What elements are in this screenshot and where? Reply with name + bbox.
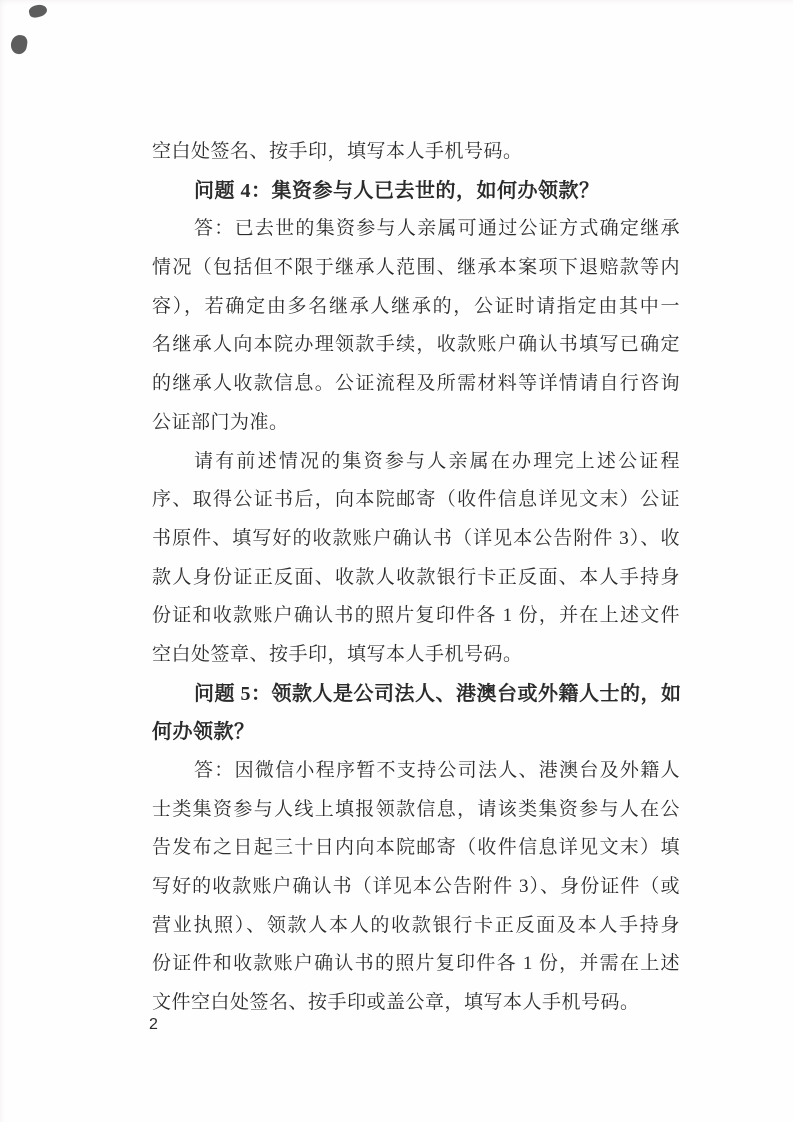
text-line: 名继承人向本院办理领款手续，收款账户确认书填写已确定	[152, 326, 680, 365]
text-line: 营业执照）、领款人本人的收款银行卡正反面及本人手持身	[152, 907, 680, 946]
text-line: 空白处签章、按手印，填写本人手机号码。	[152, 636, 680, 675]
text-line: 告发布之日起三十日内向本院邮寄（收件信息详见文末）填	[152, 829, 680, 868]
text-line: 的继承人收款信息。公证流程及所需材料等详情请自行咨询	[152, 365, 680, 404]
text-line: 请有前述情况的集资参与人亲属在办理完上述公证程	[152, 443, 680, 482]
text-line: 何办领款？	[152, 713, 680, 752]
text-line: 文件空白处签名、按手印或盖公章，填写本人手机号码。	[152, 984, 680, 1023]
scan-ink-mark-bottom	[10, 34, 29, 55]
text-line: 公证部门为准。	[152, 404, 680, 443]
text-line: 空白处签名、按手印，填写本人手机号码。	[152, 133, 680, 172]
scan-ink-mark-top	[28, 3, 48, 19]
document-body: 空白处签名、按手印，填写本人手机号码。问题 4：集资参与人已去世的，如何办领款？…	[152, 133, 680, 1023]
text-line: 书原件、填写好的收款账户确认书（详见本公告附件 3）、收	[152, 520, 680, 559]
text-line: 士类集资参与人线上填报领款信息，请该类集资参与人在公	[152, 791, 680, 830]
text-line: 序、取得公证书后，向本院邮寄（收件信息详见文末）公证	[152, 481, 680, 520]
text-line: 份证和收款账户确认书的照片复印件各 1 份，并在上述文件	[152, 597, 680, 636]
text-line: 答：因微信小程序暂不支持公司法人、港澳台及外籍人	[152, 752, 680, 791]
text-line: 容），若确定由多名继承人继承的，公证时请指定由其中一	[152, 288, 680, 327]
text-line: 问题 5：领款人是公司法人、港澳台或外籍人士的，如	[152, 675, 680, 714]
text-line: 款人身份证正反面、收款人收款银行卡正反面、本人手持身	[152, 559, 680, 598]
text-line: 份证件和收款账户确认书的照片复印件各 1 份，并需在上述	[152, 945, 680, 984]
text-line: 答：已去世的集资参与人亲属可通过公证方式确定继承	[152, 210, 680, 249]
text-line: 情况（包括但不限于继承人范围、继承本案项下退赔款等内	[152, 249, 680, 288]
document-page: 空白处签名、按手印，填写本人手机号码。问题 4：集资参与人已去世的，如何办领款？…	[0, 0, 793, 1122]
page-number: 2	[149, 1014, 158, 1036]
text-line: 写好的收款账户确认书（详见本公告附件 3）、身份证件（或	[152, 868, 680, 907]
text-line: 问题 4：集资参与人已去世的，如何办领款？	[152, 172, 680, 211]
